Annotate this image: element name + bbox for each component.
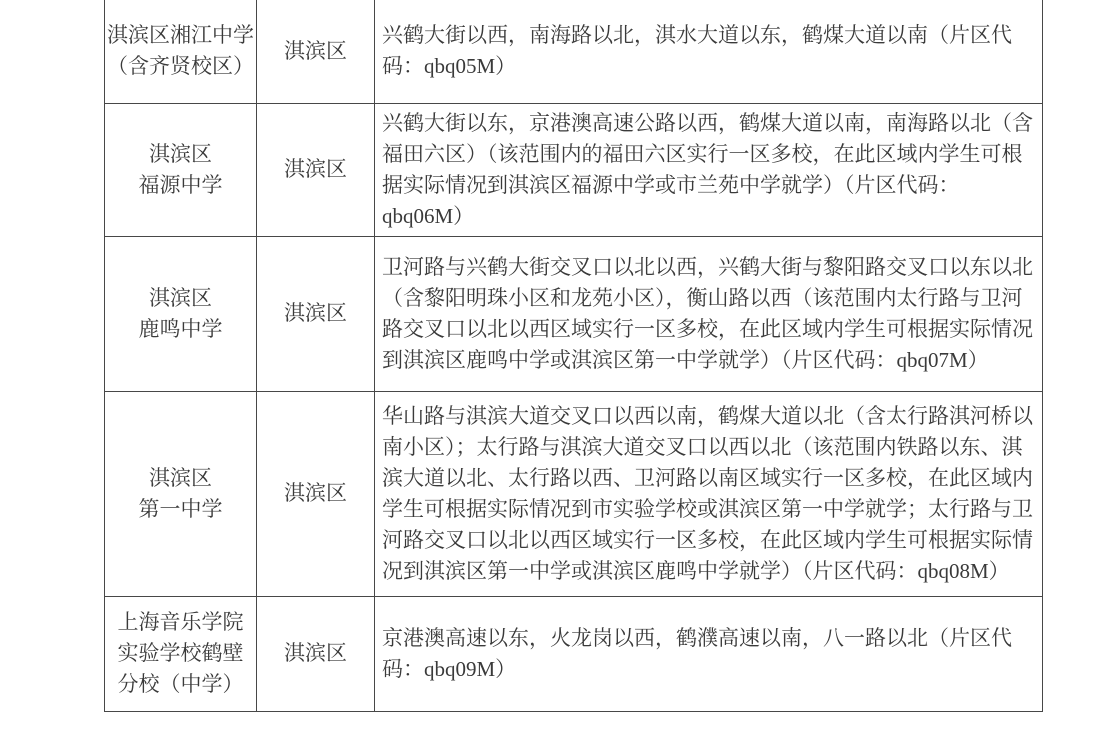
district-cell: 淇滨区 [257, 0, 375, 103]
school-name-cell: 淇滨区 鹿鸣中学 [105, 236, 257, 391]
school-name-cell: 淇滨区 第一中学 [105, 391, 257, 596]
table-row: 上海音乐学院 实验学校鹤壁 分校（中学） 淇滨区 京港澳高速以东，火龙岗以西，鹤… [105, 596, 1043, 711]
zone-range-cell: 兴鹤大街以西，南海路以北，淇水大道以东，鹤煤大道以南（片区代码：qbq05M） [375, 0, 1043, 103]
zone-range-cell: 兴鹤大街以东，京港澳高速公路以西，鹤煤大道以南，南海路以北（含福田六区）（该范围… [375, 103, 1043, 236]
school-name-cell: 淇滨区湘江中学 （含齐贤校区） [105, 0, 257, 103]
district-cell: 淇滨区 [257, 103, 375, 236]
zone-range-cell: 京港澳高速以东，火龙岗以西，鹤濮高速以南，八一路以北（片区代码：qbq09M） [375, 596, 1043, 711]
table-row: 淇滨区 第一中学 淇滨区 华山路与淇滨大道交叉口以西以南，鹤煤大道以北（含太行路… [105, 391, 1043, 596]
district-cell: 淇滨区 [257, 596, 375, 711]
district-cell: 淇滨区 [257, 391, 375, 596]
document-page: 淇滨区湘江中学 （含齐贤校区） 淇滨区 兴鹤大街以西，南海路以北，淇水大道以东，… [0, 0, 1098, 730]
district-cell: 淇滨区 [257, 236, 375, 391]
table-row: 淇滨区 鹿鸣中学 淇滨区 卫河路与兴鹤大街交叉口以北以西，兴鹤大街与黎阳路交叉口… [105, 236, 1043, 391]
zone-range-cell: 华山路与淇滨大道交叉口以西以南，鹤煤大道以北（含太行路淇河桥以南小区）；太行路与… [375, 391, 1043, 596]
school-district-table: 淇滨区湘江中学 （含齐贤校区） 淇滨区 兴鹤大街以西，南海路以北，淇水大道以东，… [104, 0, 1043, 712]
table-row: 淇滨区湘江中学 （含齐贤校区） 淇滨区 兴鹤大街以西，南海路以北，淇水大道以东，… [105, 0, 1043, 103]
table-row: 淇滨区 福源中学 淇滨区 兴鹤大街以东，京港澳高速公路以西，鹤煤大道以南，南海路… [105, 103, 1043, 236]
school-name-cell: 上海音乐学院 实验学校鹤壁 分校（中学） [105, 596, 257, 711]
school-name-cell: 淇滨区 福源中学 [105, 103, 257, 236]
zone-range-cell: 卫河路与兴鹤大街交叉口以北以西，兴鹤大街与黎阳路交叉口以东以北（含黎阳明珠小区和… [375, 236, 1043, 391]
